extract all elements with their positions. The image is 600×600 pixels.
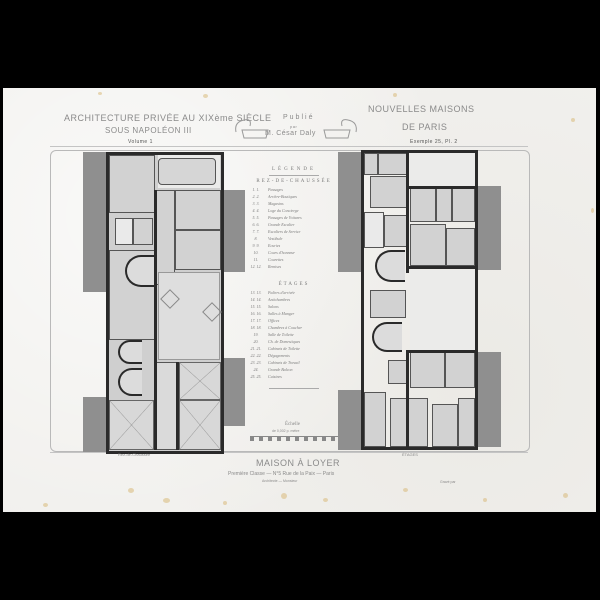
service-staircase — [118, 368, 142, 396]
wall — [408, 266, 478, 269]
legend-item-number: 20. — [244, 338, 268, 345]
legend-item: 8.Vestibule — [244, 235, 344, 242]
chambre — [452, 188, 475, 222]
legend-item-label: Cabinets de Toilette — [268, 345, 300, 352]
neighbor-block — [338, 390, 362, 450]
salle-a-manger — [410, 188, 436, 222]
legend-item-number: 24. — [244, 366, 268, 373]
wall — [408, 350, 478, 353]
legend-item-number: 3. 3. — [244, 200, 268, 207]
legend-item-label: Dégagements — [268, 352, 290, 359]
room-small — [388, 360, 408, 384]
legend-item: 3. 3.Magasins — [244, 200, 344, 207]
legend-item-number: 9. 9. — [244, 242, 268, 249]
antichambre — [384, 215, 408, 247]
wall — [406, 153, 409, 273]
legend-item-label: Magasins — [268, 200, 284, 207]
legend-item-label: Cuisines — [268, 373, 282, 380]
scale-subtitle: de 0,002 p. mètre — [272, 429, 299, 433]
room-magasin — [175, 230, 221, 270]
legend-item-label: Antichambres — [268, 296, 290, 303]
chambre — [370, 290, 406, 318]
wall — [406, 350, 409, 450]
foxing-spot — [163, 498, 170, 503]
office — [436, 188, 452, 222]
courtyard-middle — [410, 270, 475, 352]
foxing-spot — [98, 92, 102, 95]
legend-item-number: 7. 7. — [244, 228, 268, 235]
wall — [408, 186, 478, 189]
legend-item: 4. 4.Loge du Concierge — [244, 207, 344, 214]
foxing-spot — [393, 93, 397, 97]
neighbor-block — [223, 358, 245, 426]
legend-item-label: Escaliers de Service — [268, 228, 300, 235]
legend-item: 21. 21.Cabinets de Toilette — [244, 345, 344, 352]
legend-item-number: 11. — [244, 256, 268, 263]
legend-item-label: Passages — [268, 186, 283, 193]
legend-item-number: 5. 5. — [244, 214, 268, 221]
legend-item-number: 10. — [244, 249, 268, 256]
room — [364, 153, 378, 175]
plan-right-caption: ÉTAGES — [402, 452, 418, 457]
legend-item: 2. 2.Arrière-Boutiques — [244, 193, 344, 200]
legend-item-label: Cours d'honneur — [268, 249, 295, 256]
legend-item-number: 6. 6. — [244, 221, 268, 228]
legend-item-number: 12. 12. — [244, 263, 268, 270]
legend-item: 24.Grande Balcon — [244, 366, 344, 373]
header-volume: Volume 1 — [128, 139, 153, 145]
legend-item: 19.Salle de Toilette — [244, 331, 344, 338]
legend-item: 23. 23.Cabinets de Travail — [244, 359, 344, 366]
legend-item-number: 1. 1. — [244, 186, 268, 193]
loge — [115, 218, 133, 245]
chambre — [446, 228, 475, 266]
legend-item-number: 13. 13. — [244, 289, 268, 296]
courtyard-paving — [158, 158, 216, 185]
legend-item-number: 8. — [244, 235, 268, 242]
salle-a-manger — [445, 352, 475, 388]
legend-panel: LÉGENDE REZ-DE-CHAUSSÉE 1. 1.Passages2. … — [244, 165, 344, 392]
wall — [154, 190, 157, 450]
legend-item-label: Grande Balcon — [268, 366, 293, 373]
scale-bar — [250, 436, 340, 441]
foxing-spot — [128, 488, 134, 493]
ornament-cartouche — [232, 112, 360, 142]
foxing-spot — [43, 503, 48, 507]
legend-item-label: Vestibule — [268, 235, 282, 242]
foxing-spot — [403, 488, 408, 492]
legend-item: 12. 12.Remises — [244, 263, 344, 270]
legend-item-number: 22. 22. — [244, 352, 268, 359]
room-magasin — [175, 190, 221, 230]
neighbor-block — [223, 190, 245, 272]
legend-item: 9. 9.Ecuries — [244, 242, 344, 249]
legend-item: 7. 7.Escaliers de Service — [244, 228, 344, 235]
legend-item-number: 16. 16. — [244, 310, 268, 317]
legend-item-label: Ch. de Domestiques — [268, 338, 300, 345]
service-staircase — [118, 340, 142, 364]
footer-architect: Architecte — Monsieur — [262, 479, 297, 483]
neighbor-block — [83, 152, 108, 292]
foxing-spot — [223, 501, 227, 505]
neighbor-block — [477, 352, 501, 447]
legend-item-label: Salons — [268, 303, 279, 310]
foxing-spot — [483, 498, 487, 502]
legend-item-number: 18. 18. — [244, 324, 268, 331]
legend-item-label: Arrière-Boutiques — [268, 193, 297, 200]
legend-item-number: 21. 21. — [244, 345, 268, 352]
legend-item-number: 19. — [244, 331, 268, 338]
header-right-subtitle: DE PARIS — [402, 122, 447, 132]
foxing-spot — [281, 493, 287, 499]
neighbor-block — [83, 397, 108, 452]
foxing-spot — [571, 118, 575, 122]
plan-left-caption: Rez-de-Chaussée — [118, 452, 150, 457]
legend-item: 25. 25.Cuisines — [244, 373, 344, 380]
foxing-spot — [591, 208, 594, 213]
legend-list-ground: 1. 1.Passages2. 2.Arrière-Boutiques3. 3.… — [244, 186, 344, 270]
footer-engraver: Gravé par — [440, 480, 456, 484]
legend-item-label: Cabinets de Travail — [268, 359, 300, 366]
passage — [155, 190, 175, 285]
legend-item: 13. 13.Paliers d'arrivée — [244, 289, 344, 296]
legend-item-label: Paliers d'arrivée — [268, 289, 295, 296]
wall — [176, 362, 179, 450]
legend-item-label: Salles à Manger — [268, 310, 294, 317]
room — [378, 153, 408, 175]
legend-item-number: 2. 2. — [244, 193, 268, 200]
legend-title: LÉGENDE — [244, 167, 344, 172]
chambre-front — [432, 404, 458, 447]
legend-item: 1. 1.Passages — [244, 186, 344, 193]
footer-title: MAISON À LOYER — [256, 458, 340, 468]
salon — [370, 176, 408, 208]
legend-section-ground: REZ-DE-CHAUSSÉE — [244, 179, 344, 184]
legend-item: 10.Cours d'honneur — [244, 249, 344, 256]
legend-rule — [269, 388, 319, 389]
legend-item-number: 4. 4. — [244, 207, 268, 214]
legend-item-label: Offices — [268, 317, 279, 324]
legend-item-label: Chambres à Coucher — [268, 324, 302, 331]
room-shop — [109, 155, 155, 213]
legend-item: 14. 14.Antichambres — [244, 296, 344, 303]
legend-item-number: 15. 15. — [244, 303, 268, 310]
legend-item-number: 14. 14. — [244, 296, 268, 303]
salon-lower — [410, 352, 445, 388]
neighbor-block — [477, 186, 501, 270]
header-left-subtitle: SOUS NAPOLÉON III — [105, 126, 192, 135]
foxing-spot — [203, 94, 208, 98]
salon-main — [410, 224, 446, 266]
service-staircase — [372, 322, 402, 352]
grand-staircase — [375, 250, 405, 282]
carriage-passage — [179, 400, 221, 450]
foxing-spot — [323, 498, 328, 502]
courtyard-upper — [410, 153, 475, 186]
footer-address: Première Classe — N°5 Rue de la Paix — P… — [228, 471, 334, 477]
scale-title: Échelle — [285, 422, 300, 427]
cabinet — [458, 398, 475, 447]
legend-item-label: Grande Escalier — [268, 221, 295, 228]
legend-section-floors: ÉTAGES — [244, 282, 344, 287]
legend-item-label: Salle de Toilette — [268, 331, 294, 338]
chambre — [364, 392, 386, 447]
legend-item-label: Remises — [268, 263, 281, 270]
legend-item: 5. 5.Passages de Voitures — [244, 214, 344, 221]
legend-item-number: 17. 17. — [244, 317, 268, 324]
room-small — [133, 218, 153, 245]
legend-item-number: 25. 25. — [244, 373, 268, 380]
neighbor-block — [338, 152, 362, 272]
legend-item: 18. 18.Chambres à Coucher — [244, 324, 344, 331]
courette — [364, 212, 384, 248]
salon-front — [390, 398, 428, 447]
legend-item: 22. 22.Dégagements — [244, 352, 344, 359]
legend-item: 11.Courettes — [244, 256, 344, 263]
legend-item-label: Loge du Concierge — [268, 207, 299, 214]
legend-item-label: Courettes — [268, 256, 283, 263]
legend-item: 20.Ch. de Domestiques — [244, 338, 344, 345]
grand-staircase — [125, 255, 155, 287]
legend-rule — [269, 175, 319, 176]
vestibule — [109, 400, 154, 450]
carriage-passage — [179, 362, 221, 400]
header-plate-number: Exemple 25, Pl. 2 — [410, 139, 458, 145]
frame-top-rule — [50, 146, 528, 147]
foxing-spot — [563, 493, 568, 498]
legend-item: 6. 6.Grande Escalier — [244, 221, 344, 228]
legend-item-label: Ecuries — [268, 242, 280, 249]
legend-item-number: 23. 23. — [244, 359, 268, 366]
legend-item: 16. 16.Salles à Manger — [244, 310, 344, 317]
legend-item-label: Passages de Voitures — [268, 214, 302, 221]
legend-list-floors: 13. 13.Paliers d'arrivée14. 14.Antichamb… — [244, 289, 344, 380]
header-right-title: NOUVELLES MAISONS — [368, 104, 475, 114]
legend-item: 17. 17.Offices — [244, 317, 344, 324]
legend-item: 15. 15.Salons — [244, 303, 344, 310]
